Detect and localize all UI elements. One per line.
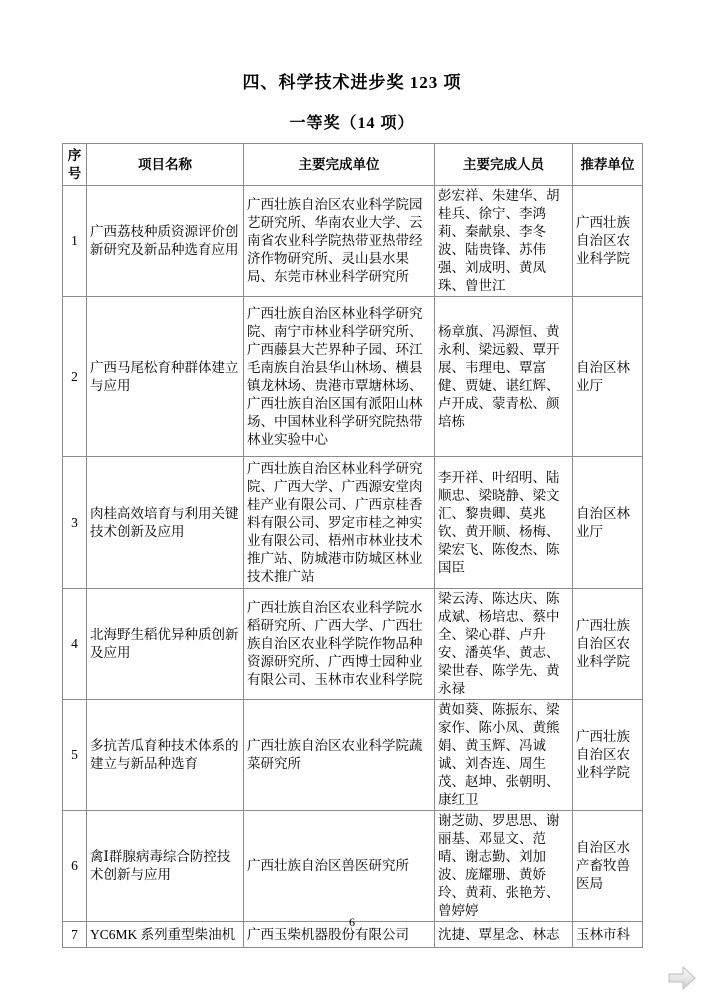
table-row: 4 北海野生稻优异种质创新及应用 广西壮族自治区农业科学院水稻研究所、广西大学、…	[63, 589, 643, 700]
header-main-units: 主要完成单位	[244, 144, 435, 186]
main-personnel: 谢芝勋、罗思思、谢丽基、邓显文、范晴、谢志勤、刘加波、庞耀珊、黄娇玲、黄莉、张艳…	[435, 811, 573, 922]
main-personnel: 梁云涛、陈达庆、陈成斌、杨培忠、蔡中全、梁心群、卢升安、潘英华、黄志、梁世春、陈…	[435, 589, 573, 700]
row-number: 6	[63, 811, 87, 922]
recommending-unit: 广西壮族自治区农业科学院	[573, 589, 643, 700]
table-row: 3 肉桂高效培育与利用关键技术创新及应用 广西壮族自治区林业科学研究院、广西大学…	[63, 457, 643, 589]
project-name: 广西荔枝种质资源评价创新研究及新品种选育应用	[87, 186, 244, 297]
main-units: 广西壮族自治区兽医研究所	[244, 811, 435, 922]
project-name: 禽Ⅰ群腺病毒综合防控技术创新与应用	[87, 811, 244, 922]
table-row: 1 广西荔枝种质资源评价创新研究及新品种选育应用 广西壮族自治区农业科学院园艺研…	[63, 186, 643, 297]
row-number: 3	[63, 457, 87, 589]
page-title: 四、科学技术进步奖 123 项	[0, 68, 704, 93]
table-row: 2 广西马尾松育种群体建立与应用 广西壮族自治区林业科学研究院、南宁市林业科学研…	[63, 297, 643, 457]
main-units: 广西壮族自治区农业科学院水稻研究所、广西大学、广西壮族自治区农业科学院作物品种资…	[244, 589, 435, 700]
recommending-unit: 广西壮族自治区农业科学院	[573, 186, 643, 297]
main-units: 广西壮族自治区农业科学院蔬菜研究所	[244, 700, 435, 811]
table-row: 6 禽Ⅰ群腺病毒综合防控技术创新与应用 广西壮族自治区兽医研究所 谢芝勋、罗思思…	[63, 811, 643, 922]
row-number: 5	[63, 700, 87, 811]
main-personnel: 彭宏祥、朱建华、胡桂兵、徐宁、李鸿莉、秦献泉、李冬波、陆贵锋、苏伟强、刘成明、黄…	[435, 186, 573, 297]
header-main-personnel: 主要完成人员	[435, 144, 573, 186]
header-serial-number: 序号	[63, 144, 87, 186]
next-page-arrow-icon[interactable]	[666, 963, 698, 993]
main-personnel: 黄如葵、陈振东、梁家作、陈小凤、黄熊娟、黄玉辉、冯诚诚、刘杏连、周生茂、赵坤、张…	[435, 700, 573, 811]
table-row: 5 多抗苦瓜育种技术体系的建立与新品种选育 广西壮族自治区农业科学院蔬菜研究所 …	[63, 700, 643, 811]
header-recommending-unit: 推荐单位	[573, 144, 643, 186]
project-name: 广西马尾松育种群体建立与应用	[87, 297, 244, 457]
row-number: 2	[63, 297, 87, 457]
table-header-row: 序号 项目名称 主要完成单位 主要完成人员 推荐单位	[63, 144, 643, 186]
header-project-name: 项目名称	[87, 144, 244, 186]
main-personnel: 杨章旗、冯源恒、黄永利、梁远毅、覃开展、韦理电、覃富健、贾婕、谌红辉、卢开成、蒙…	[435, 297, 573, 457]
award-table: 序号 项目名称 主要完成单位 主要完成人员 推荐单位 1 广西荔枝种质资源评价创…	[62, 143, 643, 948]
page-subtitle: 一等奖（14 项）	[0, 110, 704, 133]
recommending-unit: 自治区林业厅	[573, 457, 643, 589]
main-units: 广西壮族自治区林业科学研究院、广西大学、广西源安堂肉桂产业有限公司、广西京桂香料…	[244, 457, 435, 589]
row-number: 4	[63, 589, 87, 700]
project-name: 肉桂高效培育与利用关键技术创新及应用	[87, 457, 244, 589]
main-personnel: 李开祥、叶绍明、陆顺忠、梁晓静、梁文汇、黎贵卿、莫兆钦、黄开顺、杨梅、梁宏飞、陈…	[435, 457, 573, 589]
page-number: 6	[0, 915, 704, 930]
row-number: 1	[63, 186, 87, 297]
recommending-unit: 自治区水产畜牧兽医局	[573, 811, 643, 922]
main-units: 广西壮族自治区林业科学研究院、南宁市林业科学研究所、广西藤县大芒界种子园、环江毛…	[244, 297, 435, 457]
recommending-unit: 自治区林业厅	[573, 297, 643, 457]
recommending-unit: 广西壮族自治区农业科学院	[573, 700, 643, 811]
project-name: 多抗苦瓜育种技术体系的建立与新品种选育	[87, 700, 244, 811]
project-name: 北海野生稻优异种质创新及应用	[87, 589, 244, 700]
main-units: 广西壮族自治区农业科学院园艺研究所、华南农业大学、云南省农业科学院热带亚热带经济…	[244, 186, 435, 297]
